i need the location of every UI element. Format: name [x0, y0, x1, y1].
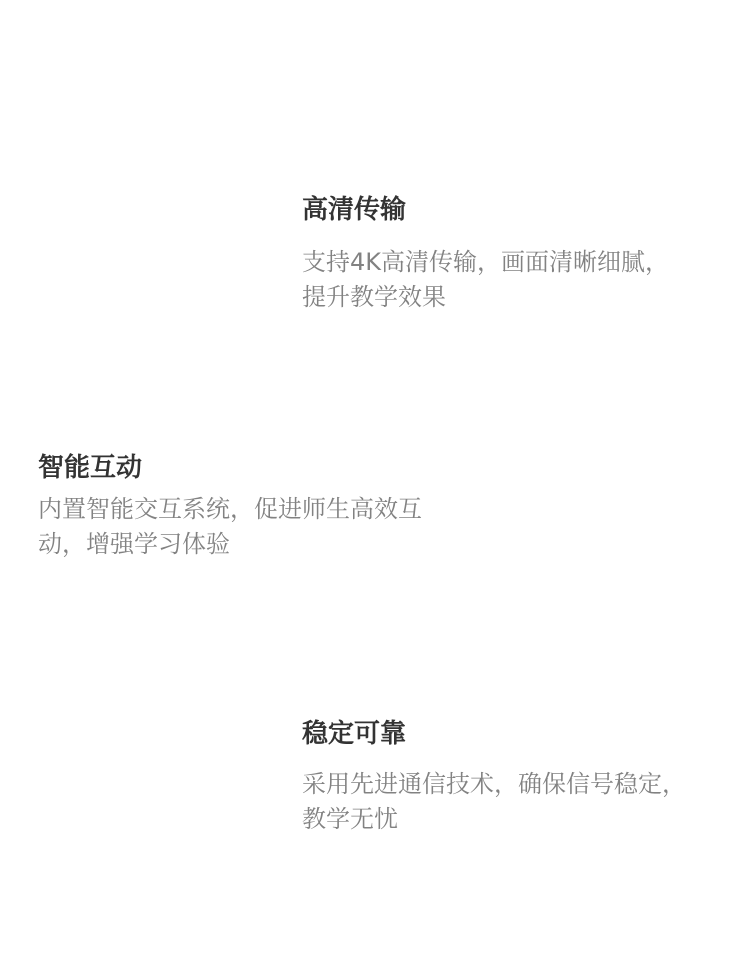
feature-section-smart-interaction: 智能互动 内置智能交互系统，促进师生高效互 动，增强学习体验	[38, 453, 422, 562]
feature-description-line: 内置智能交互系统，促进师生高效互	[38, 492, 422, 527]
feature-title: 智能互动	[38, 453, 422, 483]
feature-description-line: 提升教学效果	[302, 280, 669, 315]
feature-description-line: 采用先进通信技术，确保信号稳定，	[302, 767, 686, 802]
feature-description-line: 教学无忧	[302, 802, 686, 837]
feature-description-line: 动，增强学习体验	[38, 527, 422, 562]
feature-description-line: 支持4K高清传输，画面清晰细腻，	[302, 245, 669, 280]
feature-title: 高清传输	[302, 195, 669, 225]
feature-section-hd-transmission: 高清传输 支持4K高清传输，画面清晰细腻， 提升教学效果	[302, 195, 669, 315]
feature-section-stable-reliable: 稳定可靠 采用先进通信技术，确保信号稳定， 教学无忧	[302, 719, 686, 837]
feature-description: 采用先进通信技术，确保信号稳定， 教学无忧	[302, 767, 686, 837]
feature-description: 支持4K高清传输，画面清晰细腻， 提升教学效果	[302, 245, 669, 315]
feature-description: 内置智能交互系统，促进师生高效互 动，增强学习体验	[38, 492, 422, 562]
feature-title: 稳定可靠	[302, 719, 686, 749]
product-detail-feature-page: 高清传输 支持4K高清传输，画面清晰细腻， 提升教学效果 智能互动 内置智能交互…	[0, 0, 750, 980]
